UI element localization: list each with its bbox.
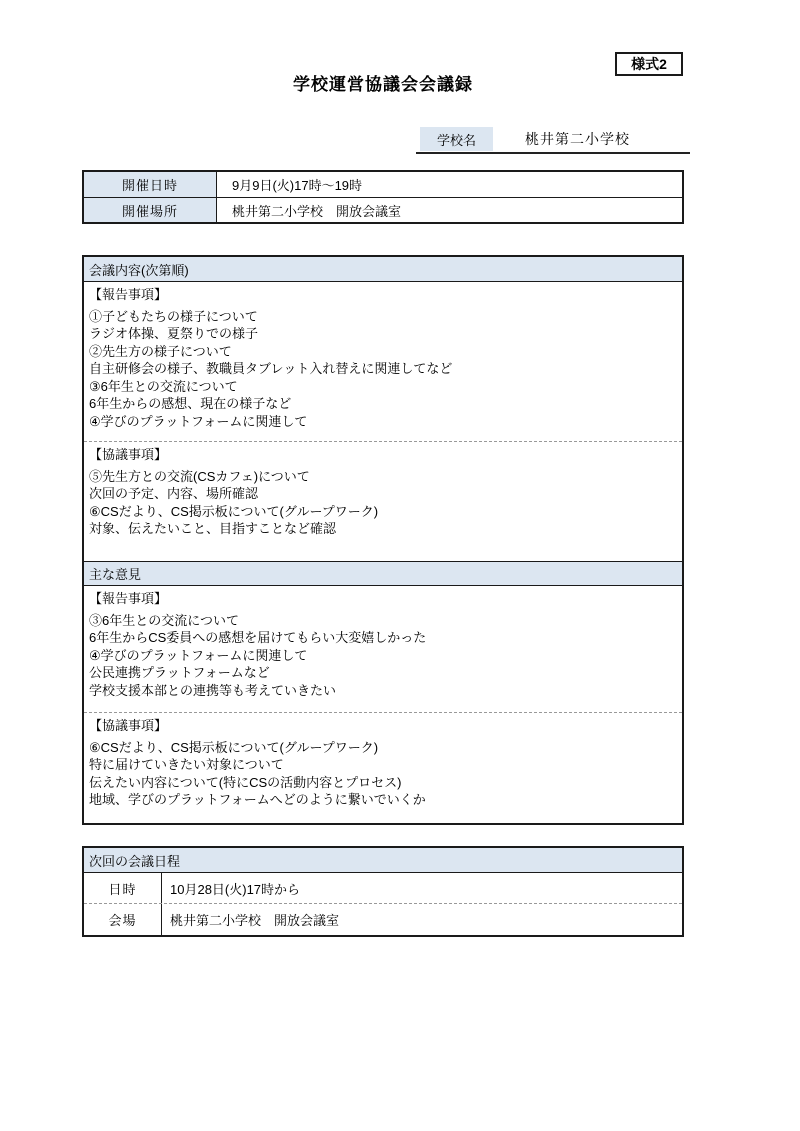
- meeting-place-label: 開催場所: [84, 198, 217, 222]
- table-row: 開催場所 桃井第二小学校 開放会議室: [84, 197, 682, 222]
- agenda-discussion-section: 【協議事項】 ⑤先生方との交流(CSカフェ)について 次回の予定、内容、場所確認…: [84, 442, 682, 561]
- next-meeting-header: 次回の会議日程: [84, 848, 682, 873]
- table-row: 会場 桃井第二小学校 開放会議室: [84, 904, 682, 935]
- meeting-datetime-value: 9月9日(火)17時～19時: [217, 172, 682, 197]
- next-meeting-venue-label: 会場: [84, 904, 162, 935]
- section-heading: 【報告事項】: [89, 286, 677, 304]
- section-lines: ①子どもたちの様子について ラジオ体操、夏祭りでの様子 ②先生方の様子について …: [89, 308, 677, 431]
- main-content-table: 会議内容(次第順) 【報告事項】 ①子どもたちの様子について ラジオ体操、夏祭り…: [82, 255, 684, 825]
- section-heading: 【協議事項】: [89, 446, 677, 464]
- next-meeting-datetime-label: 日時: [84, 873, 162, 903]
- opinions-header: 主な意見: [84, 561, 682, 586]
- next-meeting-venue-value: 桃井第二小学校 開放会議室: [162, 904, 682, 935]
- school-name-label: 学校名: [420, 127, 493, 151]
- agenda-header: 会議内容(次第順): [84, 257, 682, 282]
- meeting-datetime-label: 開催日時: [84, 172, 217, 197]
- meeting-meta-table: 開催日時 9月9日(火)17時～19時 開催場所 桃井第二小学校 開放会議室: [82, 170, 684, 224]
- section-lines: ⑤先生方との交流(CSカフェ)について 次回の予定、内容、場所確認 ⑥CSだより…: [89, 468, 677, 538]
- meeting-place-value: 桃井第二小学校 開放会議室: [217, 198, 682, 222]
- document-title: 学校運営協議会会議録: [82, 70, 684, 95]
- section-lines: ③6年生との交流について 6年生からCS委員への感想を届けてもらい大変嬉しかった…: [89, 612, 677, 700]
- table-row: 日時 10月28日(火)17時から: [84, 873, 682, 904]
- school-name-underline: [416, 152, 690, 154]
- section-lines: ⑥CSだより、CS掲示板について(グループワーク) 特に届けていきたい対象につい…: [89, 739, 677, 809]
- section-heading: 【報告事項】: [89, 590, 677, 608]
- next-meeting-datetime-value: 10月28日(火)17時から: [162, 873, 682, 903]
- section-heading: 【協議事項】: [89, 717, 677, 735]
- opinions-discussion-section: 【協議事項】 ⑥CSだより、CS掲示板について(グループワーク) 特に届けていき…: [84, 713, 682, 823]
- next-meeting-table: 次回の会議日程 日時 10月28日(火)17時から 会場 桃井第二小学校 開放会…: [82, 846, 684, 937]
- school-name-value: 桃井第二小学校: [525, 127, 630, 151]
- opinions-report-section: 【報告事項】 ③6年生との交流について 6年生からCS委員への感想を届けてもらい…: [84, 586, 682, 713]
- table-row: 開催日時 9月9日(火)17時～19時: [84, 172, 682, 197]
- agenda-report-section: 【報告事項】 ①子どもたちの様子について ラジオ体操、夏祭りでの様子 ②先生方の…: [84, 282, 682, 442]
- meeting-minutes-document: 様式2 学校運営協議会会議録 学校名 桃井第二小学校 開催日時 9月9日(火)1…: [0, 0, 800, 1131]
